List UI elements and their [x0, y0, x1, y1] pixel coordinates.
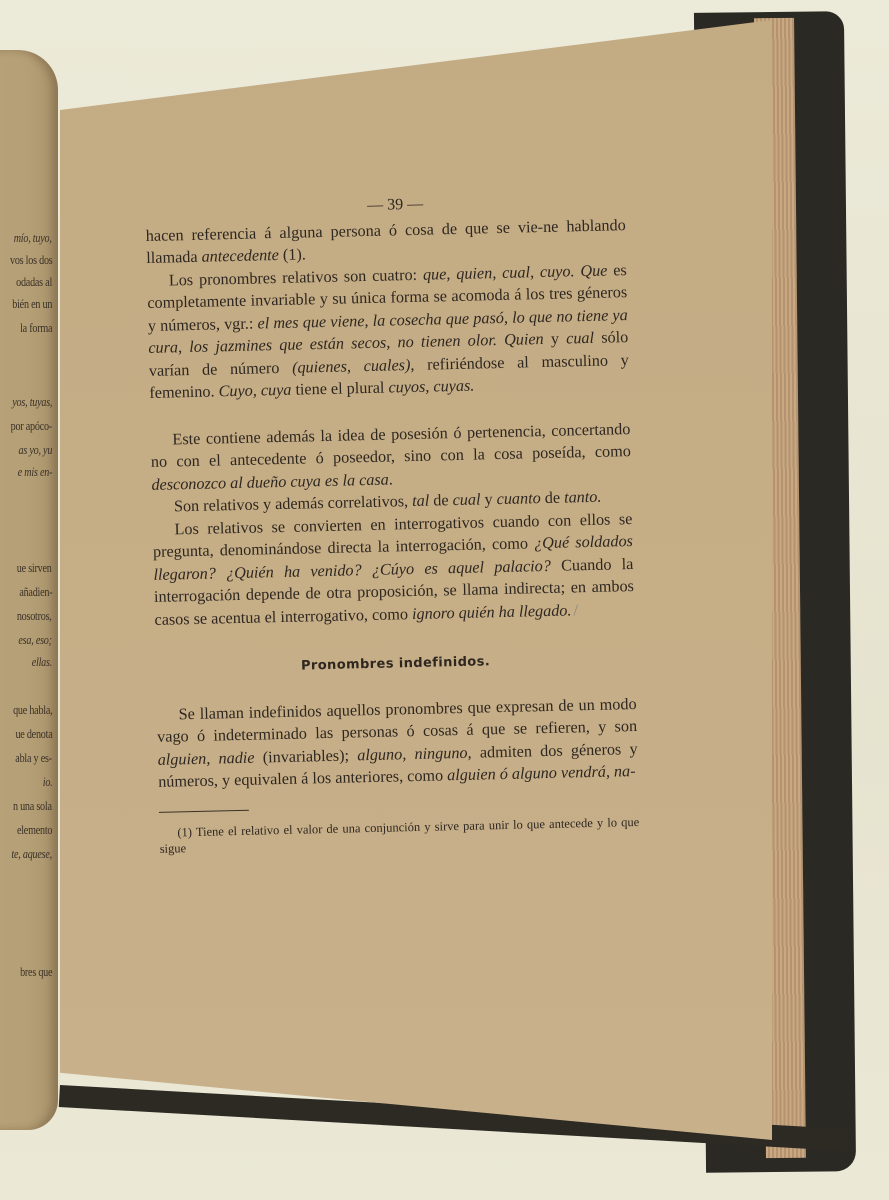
page-text-block: — 39 — hacen referencia á alguna persona… [145, 189, 640, 856]
text: y [480, 490, 497, 508]
italic-text: cual [452, 490, 480, 509]
left-page: mío, tuyo,vos los dosodadas albién en un… [0, 50, 58, 1130]
left-page-text-fragment: te, aquese, [11, 846, 52, 862]
left-page-text-fragment: la forma [20, 320, 52, 336]
text: de [541, 489, 565, 508]
pencil-check-mark: / [573, 601, 578, 619]
italic-text: alguien, nadie [157, 748, 254, 768]
text: . [389, 470, 393, 488]
left-page-text-fragment: mío, tuyo, [14, 230, 52, 246]
text: Este contiene además la idea de posesión… [151, 420, 631, 471]
left-page-text-fragment: esa, eso; [19, 632, 52, 648]
paragraph: Se llaman indefinidos aquellos pronombre… [156, 692, 638, 793]
paragraph: Este contiene además la idea de posesión… [150, 418, 631, 496]
italic-text: tanto. [564, 488, 602, 507]
paragraph: Los relativos se convierten en interroga… [152, 508, 634, 631]
italic-text: antecedente [201, 246, 279, 266]
text: y [543, 329, 566, 348]
italic-text: tal [412, 492, 429, 510]
italic-text: que, quien, cual, cuyo. Que [423, 261, 608, 283]
italic-text: alguien ó alguno vendrá, na- [447, 762, 636, 784]
section-heading: Pronombres indefinidos. [155, 648, 635, 681]
italic-text: cuyos, cuyas. [388, 377, 474, 397]
left-page-text-fragment: abla y es- [15, 750, 52, 766]
right-page: — 39 — hacen referencia á alguna persona… [60, 20, 772, 1140]
text: (invariables); [254, 746, 357, 766]
italic-text: alguno, ninguno, [357, 743, 472, 764]
left-page-text-fragment: que habla, [13, 702, 52, 718]
text: tiene el plural [291, 379, 388, 399]
left-page-text-fragment: añadien- [19, 584, 52, 600]
italic-text: cual [566, 329, 594, 348]
left-page-text-fragment: ue sirven [17, 560, 52, 576]
text: Los pronombres relativos son cuatro: [169, 265, 424, 289]
italic-text: cuanto [496, 489, 540, 508]
text: Se llaman indefinidos aquellos pronombre… [157, 694, 637, 745]
left-page-text-fragment: odadas al [16, 274, 52, 290]
left-page-text-fragment: as yo, yu [18, 442, 52, 458]
left-page-text-fragment: elemento [17, 822, 52, 838]
footnote-divider [159, 809, 249, 812]
footnote-marker: (1) [159, 825, 192, 840]
text: (1). [279, 245, 306, 264]
italic-text: desconozco al dueño cuya es la casa [151, 470, 389, 493]
italic-text: (quienes, cuales) [292, 356, 411, 377]
left-page-text-fragment: n una sola [13, 798, 52, 814]
left-page-text-fragment: e mis en- [17, 464, 52, 480]
left-page-text-fragment: por apóco- [11, 418, 52, 434]
left-page-text-fragment: bién en un [12, 296, 52, 312]
left-page-text-fragment: vos los dos [9, 252, 52, 268]
italic-text: Cuyo, cuya [218, 381, 291, 401]
italic-text: ignoro quién ha llegado. [412, 601, 572, 623]
left-page-text-fragment: ellas. [32, 654, 52, 670]
footnote: (1) Tiene el relativo el valor de una co… [159, 813, 640, 856]
left-page-text-fragment: ue denota [15, 726, 52, 742]
left-page-text-fragment: nosotros, [17, 608, 52, 624]
text: Son relativos y además correlativos, [174, 492, 413, 515]
paragraph: Los pronombres relativos son cuatro: que… [147, 259, 630, 405]
left-page-text-fragment: yos, tuyas, [12, 394, 52, 410]
left-page-text-fragment: io. [42, 774, 52, 790]
left-page-text-fragment: bres que [20, 964, 52, 980]
text: de [429, 491, 453, 510]
footnote-text: Tiene el relativo el valor de una conjun… [160, 814, 640, 855]
